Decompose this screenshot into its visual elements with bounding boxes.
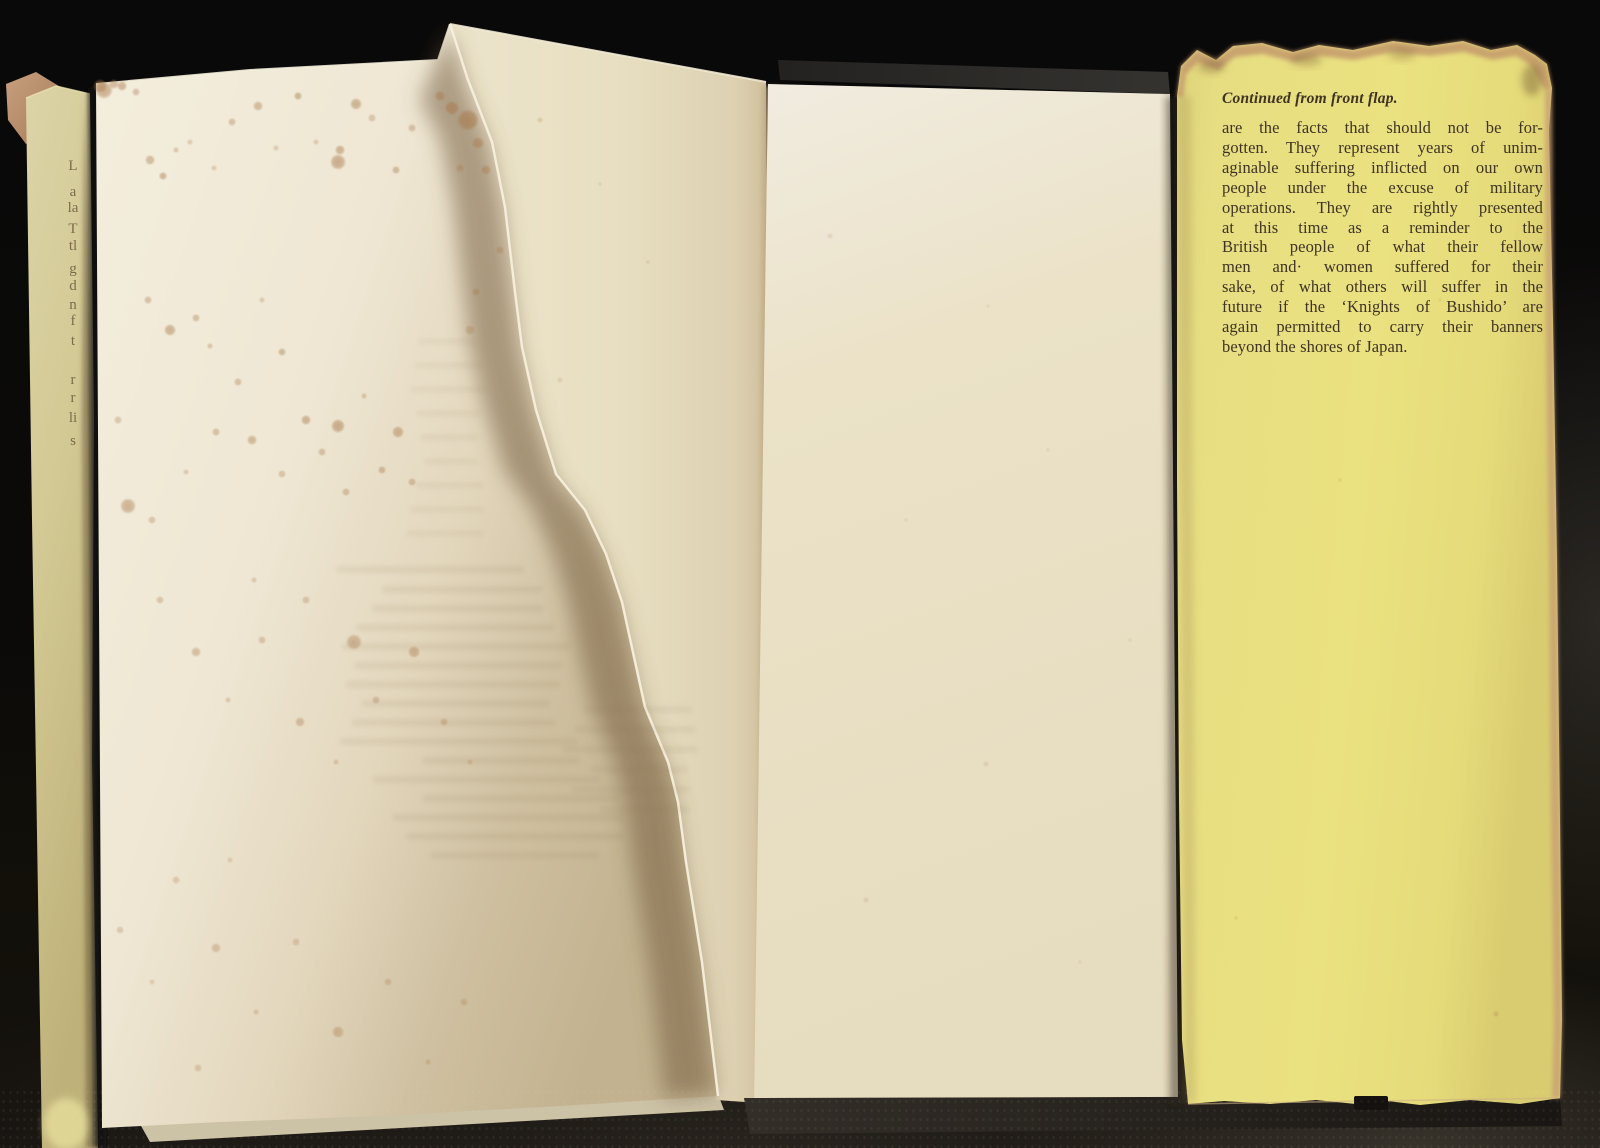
spine-letter: r: [58, 390, 88, 407]
flap-body-line: gotten. They represent years of unim-: [1222, 138, 1543, 158]
spine-letter: la: [58, 200, 88, 217]
spine-letter: n: [58, 297, 88, 314]
spine-letter: T: [58, 221, 88, 238]
spine-letter: t: [58, 333, 88, 350]
flap-text-block: Continued from front flap. are the facts…: [1222, 90, 1543, 357]
flap-body: are the facts that should not be for-got…: [1222, 118, 1543, 357]
flap-body-line: beyond the shores of Japan.: [1222, 337, 1543, 357]
flap-body-line: British people of what their fellow: [1222, 237, 1543, 257]
photo-open-book: LalaTtlgdnftrrlis Continued from front f…: [0, 0, 1600, 1148]
spine-letter: li: [58, 410, 88, 427]
flap-body-line: operations. They are rightly presented: [1222, 198, 1543, 218]
spine-letter: g: [58, 261, 88, 278]
spine-letter: a: [58, 184, 88, 201]
flap-body-line: again permitted to carry their banners: [1222, 317, 1543, 337]
flap-heading: Continued from front flap.: [1222, 90, 1543, 108]
flap-body-line: aginable suffering inflicted on our own: [1222, 158, 1543, 178]
flap-body-line: at this time as a reminder to the: [1222, 218, 1543, 238]
flap-body-line: sake, of what others will suffer in the: [1222, 277, 1543, 297]
spine-letter: r: [58, 372, 88, 389]
flap-body-line: people under the excuse of military: [1222, 178, 1543, 198]
spine-letter: s: [58, 433, 88, 450]
flap-body-line: future if the ‘Knights of Bushido’ are: [1222, 297, 1543, 317]
flap-body-line: are the facts that should not be for-: [1222, 118, 1543, 138]
spine-letter: f: [58, 313, 88, 330]
flap-body-line: men and· women suffered for their: [1222, 257, 1543, 277]
spine-letter: d: [58, 278, 88, 295]
spine-letter: L: [58, 158, 88, 175]
spine-letter: tl: [58, 238, 88, 255]
